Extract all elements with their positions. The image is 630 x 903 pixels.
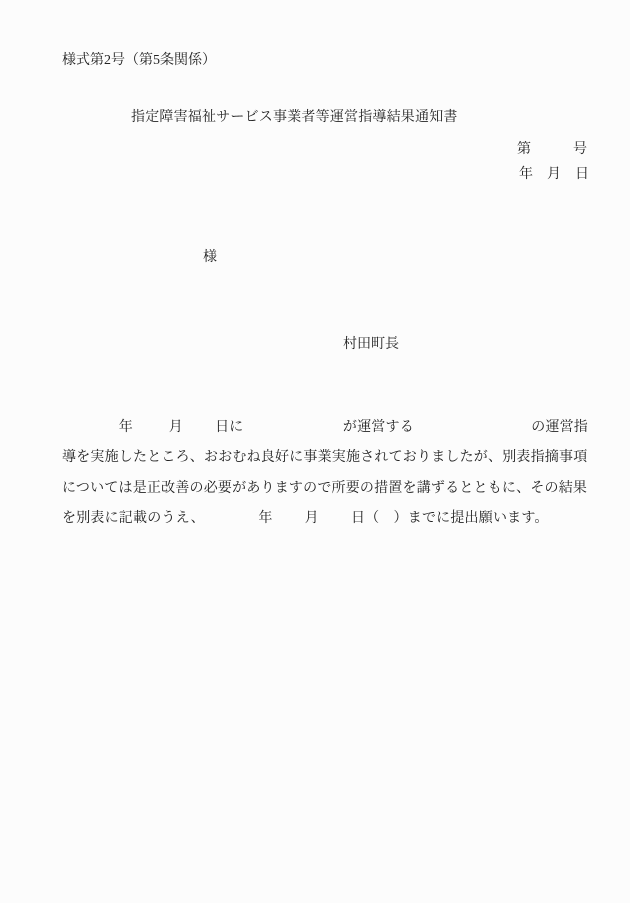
body-line-4: を別表に記載のうえ、 年 月 日（ ）までに提出願います。 — [62, 504, 602, 534]
body-line-3: については是正改善の必要がありますので所要の措置を講ずるとともに、その結果 — [62, 474, 602, 504]
addressee-honorific: 様 — [203, 250, 217, 267]
body-line-2: 導を実施したところ、おおむね良好に事業実施されておりましたが、別表指摘事項 — [62, 443, 602, 473]
document-page: 様式第2号（第5条関係） 指定障害福祉サービス事業者等運営指導結果通知書 第 号… — [0, 0, 630, 903]
form-number-label: 様式第2号（第5条関係） — [62, 53, 216, 70]
body-line-1: 年 月 日に が運営する の運営指 — [62, 413, 602, 443]
body-paragraph: 年 月 日に が運営する の運営指 導を実施したところ、おおむね良好に事業実施さ… — [62, 413, 602, 535]
document-number-line: 第 号 — [517, 142, 587, 159]
document-title: 指定障害福祉サービス事業者等運営指導結果通知書 — [131, 110, 458, 127]
sender-name: 村田町長 — [343, 337, 399, 354]
document-date-line: 年 月 日 — [519, 167, 589, 184]
